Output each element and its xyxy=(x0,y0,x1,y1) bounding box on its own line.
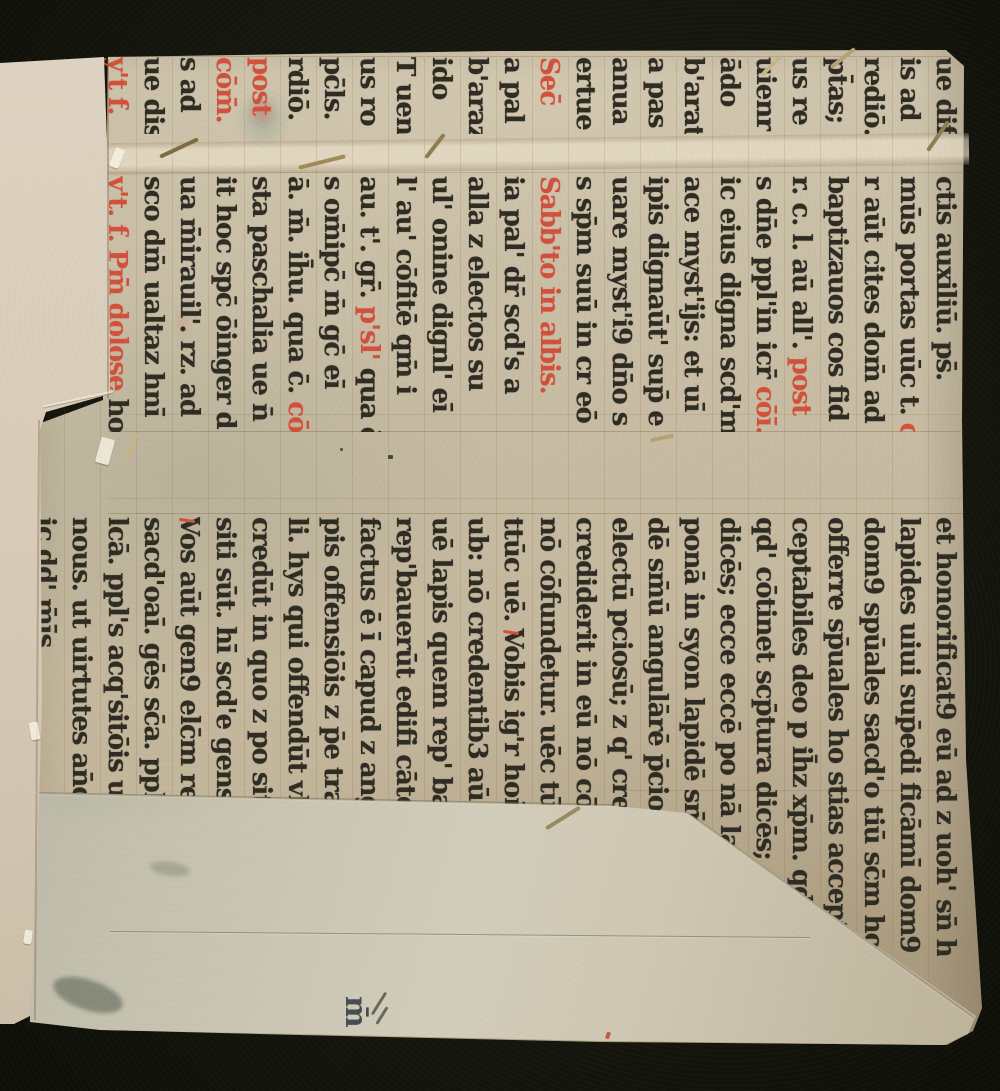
text-column: sacd'oaī. gēs sc̄a. ppl's acq'sitōis ut xyxy=(136,517,170,551)
text-column: b'arat' xyxy=(676,57,710,91)
blackletter-text: uare myst'i9 dn̄o s xyxy=(606,176,636,425)
text-column: it hoc spc̄ ōinger d xyxy=(208,176,242,210)
blackletter-text: sta paschalia ue n̄ xyxy=(246,176,276,421)
text-column: T uent xyxy=(388,57,422,91)
blackletter-text: ia pal' dr̄ scd's a xyxy=(498,176,528,394)
text-column: au. t'. gr̄. p'sl' qua c̄ xyxy=(352,176,386,210)
blackletter-text: dom9 spūales sacd'o tiū sc̄m hostias d' xyxy=(858,517,888,956)
blackletter-text: r aūt cites dom̄ ad xyxy=(858,176,888,423)
text-column: offerre sp̄uales ho stias acceptabiles xyxy=(820,517,854,551)
blackletter-text: mūs portas uūc t. xyxy=(894,176,924,423)
text-column: is ad xyxy=(892,57,926,91)
text-column: ia pal' dr̄ scd's a xyxy=(496,176,530,210)
text-column: mūs portas uūc t. cō. xyxy=(892,176,926,210)
text-column: b'araz xyxy=(460,57,494,91)
inscription-text: m̄ xyxy=(338,996,372,1044)
text-column: s dn̄e ppl'in icr̄ cōī. xyxy=(748,176,782,210)
blackletter-text: ace myst'ijs: et uī xyxy=(678,176,708,411)
rubric-text: Sabb'to in albis. xyxy=(534,176,564,394)
rubric-text: cōī. xyxy=(750,386,780,432)
blackletter-text: au. t'. gr̄. xyxy=(354,176,384,306)
text-column: ub: nō credentib3 aū lapis quem rep'b xyxy=(460,517,494,551)
text-column: a pal xyxy=(496,57,530,91)
blackletter-text: lapides uiui sup̄edi ficāmī dom9 sp̄ual' xyxy=(894,517,924,956)
text-column: l' au' cōfitē qm̄ i xyxy=(388,176,422,210)
text-column: ue dif xyxy=(928,57,962,91)
text-column: rdiō. xyxy=(280,57,314,91)
blackletter-text: ttūc uē. xyxy=(498,517,528,629)
text-column: rep'bauerūt edifi cātes hic fact9 ē ī ca xyxy=(388,517,422,551)
text-column: crediderit in eū nō cōfundet' ttūc uē xyxy=(568,517,602,551)
text-column: r aūt cites dom̄ ad xyxy=(856,176,890,210)
strip-edge-shadow xyxy=(107,60,109,398)
blackletter-text: ā. m̄. ih̄u. qua c̄. xyxy=(282,176,312,401)
text-column: ādo xyxy=(712,57,746,91)
text-column: uare myst'i9 dn̄o s xyxy=(604,176,638,210)
rubric-text: post xyxy=(786,357,816,415)
text-column: li. hys qui offendūt vbo nec credūt ī q' xyxy=(280,517,314,551)
text-column: us re xyxy=(784,57,818,91)
text-column: siti sūt. hī scd'e gens c xyxy=(208,517,242,551)
blackletter-text: it hoc spc̄ ōinger d xyxy=(210,176,240,429)
rubric-text: Sec̄ xyxy=(534,57,564,105)
ruling-line-horizontal xyxy=(108,498,963,499)
blackletter-text: rdiō. xyxy=(282,57,312,120)
text-column: uē lapis quem rep' bauerūt edificātes xyxy=(424,517,458,551)
text-column: baptizauos cos fid xyxy=(820,176,854,210)
text-column: ttūc uē. Vobis ig'r hon̄ orib3 nō cred xyxy=(496,517,530,551)
blackletter-text: rediō. xyxy=(858,57,888,134)
text-column: ctis auxiliū. ps̄. xyxy=(928,176,962,210)
text-column: alla z electos su xyxy=(460,176,494,210)
blackletter-text: baptizauos cos fid xyxy=(822,176,852,421)
text-column: ceptabiles deo p ih̄z xp̄m. qd' cōtinet … xyxy=(784,517,818,551)
text-column: ipis dignaūt' sup̄ e xyxy=(640,176,674,210)
text-column: dicēs; ecce eccē po nā lapidē sum̄ū ang xyxy=(712,517,746,551)
blackletter-text: anua xyxy=(606,57,636,125)
text-column: lapides uiui sup̄edi ficāmī dom9 sp̄ual' xyxy=(892,517,926,551)
text-column: ertue xyxy=(568,57,602,91)
text-column: et honorificat9 eū ad z uoh' sn̄ hostias xyxy=(928,517,962,551)
text-column: post xyxy=(244,57,278,91)
text-column: ul' onine dignl' eī xyxy=(424,176,458,210)
text-column: dom9 spūales sacd'o tiū sc̄m hostias d' xyxy=(856,517,890,551)
text-column: anua xyxy=(604,57,638,91)
blackletter-text: r. c. l. aū all'. xyxy=(786,176,816,357)
text-column: dē sm̄ū angulārē p̄ciosū eī q' cd'it nō xyxy=(640,517,674,551)
text-column: a pas xyxy=(640,57,674,91)
text-column: s ad xyxy=(172,57,206,91)
rubric-text: cōl'cā. xyxy=(282,401,312,432)
blackletter-text: ue dis xyxy=(138,57,168,134)
text-column: us ro xyxy=(352,57,386,91)
text-column: ue dis xyxy=(136,57,170,91)
blackletter-text: ic eius digna scd'm xyxy=(714,176,744,432)
text-column: lcā. ppl's acq'sitōis ut uirt' an̄c' xyxy=(100,517,134,551)
blackletter-text: a pas xyxy=(642,57,672,128)
text-column: electū pciosū; z q' crediderit ī eū nō c… xyxy=(604,517,638,551)
blackletter-text: b'araz xyxy=(462,57,492,134)
ruling-line-horizontal xyxy=(106,172,963,173)
blackletter-text: s om̄ipc̄ m̄ gc̄ eī xyxy=(318,176,348,389)
blackletter-text: a pal xyxy=(498,57,528,123)
ink-speck xyxy=(340,448,343,451)
text-column: sta paschalia ue n̄ xyxy=(244,176,278,210)
text-column: ā. m̄. ih̄u. qua c̄. cōl'cā. xyxy=(280,176,314,210)
blackletter-text: ul' onine dignl' eī xyxy=(426,176,456,412)
blackletter-text: ido xyxy=(426,57,456,99)
blackletter-text: offerre sp̄uales ho stias acceptabiles xyxy=(822,517,852,956)
text-column: Vos aūt gen9 elc̄m regale sacd'oaī xyxy=(172,517,206,551)
blackletter-text: T uent xyxy=(390,57,420,134)
blackletter-text: us re xyxy=(786,57,816,125)
text-column: ic eius digna scd'm xyxy=(712,176,746,210)
blackletter-text: ctis auxiliū. ps̄. xyxy=(930,176,960,380)
text-column: Sabb'to in albis. xyxy=(532,176,566,210)
blackletter-text: b'arat' xyxy=(678,57,708,134)
blackletter-text: siti sūt. hī scd'e gens c xyxy=(210,517,240,824)
text-column: rediō. xyxy=(856,57,890,91)
text-column: nous. ut uirtutes an̄ciet' ei9 q' d' ten xyxy=(64,517,98,551)
blackletter-text: alla z electos su xyxy=(462,176,492,391)
text-column: credūt in quo z po siti sūt. uē aūt xyxy=(244,517,278,551)
blackletter-text: ertue xyxy=(570,57,600,130)
blackletter-text: ādo xyxy=(714,57,744,106)
blackletter-text: s dn̄e ppl'in icr̄ xyxy=(750,176,780,386)
text-column: s sp̄m suū in cr eō xyxy=(568,176,602,210)
blackletter-text: hoī xyxy=(102,399,132,432)
ruling-line-horizontal xyxy=(108,513,963,514)
text-column: r. c. l. aū all'. post xyxy=(784,176,818,210)
blackletter-text: pc̄ls. xyxy=(318,57,348,120)
text-column: ido xyxy=(424,57,458,91)
text-column: ponā in syon lapidē sm̄ū angulārē elc̄m xyxy=(676,517,710,551)
text-column: ace myst'ijs: et uī xyxy=(676,176,710,210)
rubric-text: post xyxy=(246,57,276,115)
text-column: factus ē ī capud z anguli z lapis offen xyxy=(352,517,386,551)
text-column: qd' cōtinet scp̄tura dicēs; eccē ponō ī xyxy=(748,517,782,551)
rubric-text: cōm̄. xyxy=(210,57,240,123)
manuscript-photo: ue difis adrediō.pt̄as;us reuienrādob'ar… xyxy=(0,0,1000,1091)
blackletter-text: s ad xyxy=(174,57,204,112)
text-column: s om̄ipc̄ m̄ gc̄ eī xyxy=(316,176,350,210)
blackletter-text: is ad xyxy=(894,57,924,121)
blackletter-text: qua c̄ xyxy=(354,368,384,432)
text-column: nō cōfundetur. uēc tūc uobis ig'r honor xyxy=(532,517,566,551)
text-column: cōm̄. xyxy=(208,57,242,91)
text-column: y't f. xyxy=(100,57,134,91)
blackletter-text: et honorificat9 eū ad z uoh' sn̄ hostias xyxy=(930,517,960,956)
text-column: sco dm̄ ualtaz hnī xyxy=(136,176,170,210)
text-column: Sec̄ xyxy=(532,57,566,91)
blackletter-text: l' au' cōfitē qm̄ i xyxy=(390,176,420,394)
blackletter-text: ua m̄irauil'. rz. ad xyxy=(174,176,204,416)
rubric-text: p'sl' xyxy=(354,306,384,368)
text-column: pc̄ls. xyxy=(316,57,350,91)
text-column: pis offensiōis z p̄e tra scandali hijs q… xyxy=(316,517,350,551)
blackletter-text: pt̄as; xyxy=(822,57,852,123)
blackletter-text: s sp̄m suū in cr eō xyxy=(570,176,600,423)
blackletter-text: us ro xyxy=(354,57,384,126)
blackletter-text: sco dm̄ ualtaz hnī xyxy=(138,176,168,417)
rubric-text: cō. xyxy=(894,423,924,432)
ink-speck xyxy=(388,455,393,459)
text-column: ua m̄irauil'. rz. ad xyxy=(172,176,206,210)
blackletter-text: ipis dignaūt' sup̄ e xyxy=(642,176,672,426)
